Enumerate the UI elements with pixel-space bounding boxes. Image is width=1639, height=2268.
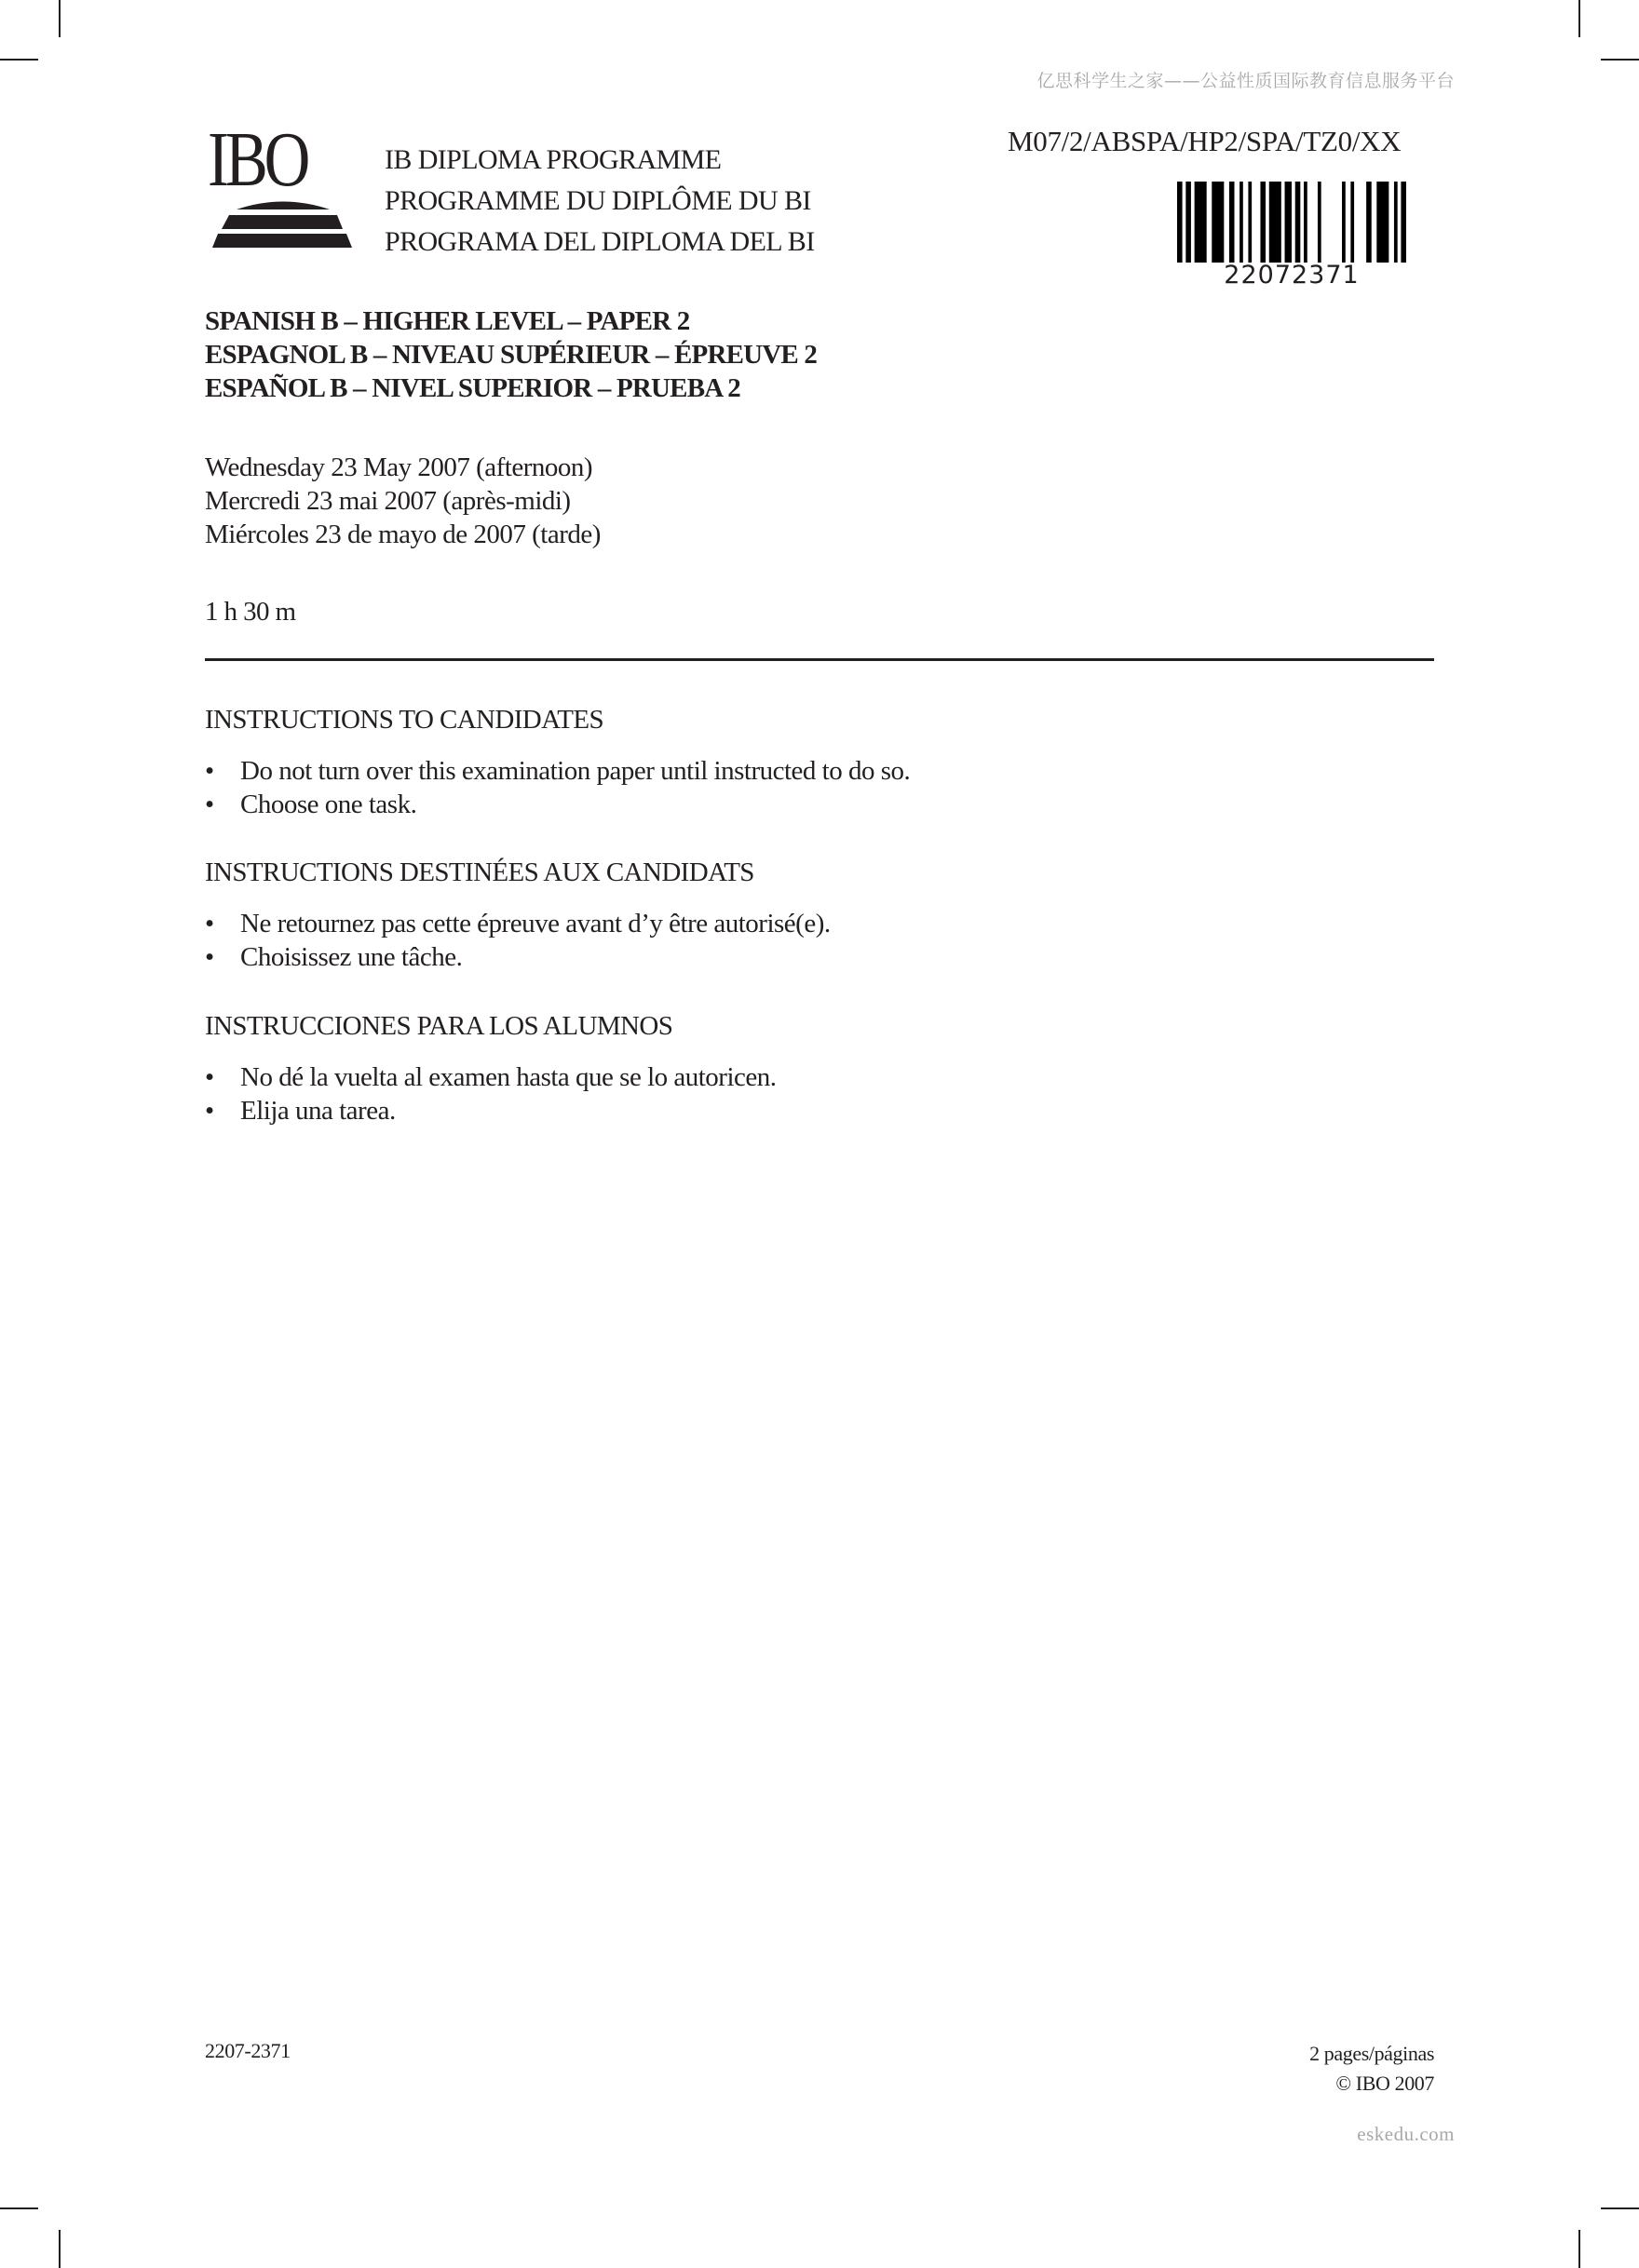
footer-pages: 2 pages/páginas: [1309, 2039, 1434, 2069]
divider-rule: [205, 658, 1434, 661]
programme-name-es: PROGRAMA DEL DIPLOMA DEL BI: [385, 222, 815, 263]
footer-info: 2 pages/páginas © IBO 2007: [1309, 2039, 1434, 2099]
programme-name-en: IB DIPLOMA PROGRAMME: [385, 140, 815, 181]
instruction-item: •Elija una tarea.: [205, 1094, 777, 1127]
footer-copyright: © IBO 2007: [1309, 2069, 1434, 2099]
bullet-icon: •: [205, 1094, 214, 1127]
instructions-heading: INSTRUCCIONES PARA LOS ALUMNOS: [205, 1010, 777, 1042]
instructions-fr: INSTRUCTIONS DESTINÉES AUX CANDIDATS •Ne…: [205, 857, 831, 974]
exam-date-es: Miércoles 23 de mayo de 2007 (tarde): [205, 518, 601, 551]
paper-code: M07/2/ABSPA/HP2/SPA/TZ0/XX: [1008, 125, 1401, 158]
footer-doc-number: 2207-2371: [205, 2039, 291, 2063]
barcode-icon: [1177, 182, 1406, 263]
watermark-top: 亿思科学生之家——公益性质国际教育信息服务平台: [1036, 67, 1455, 92]
exam-date-en: Wednesday 23 May 2007 (afternoon): [205, 451, 601, 484]
instructions-en: INSTRUCTIONS TO CANDIDATES •Do not turn …: [205, 704, 910, 821]
crop-mark-tr-horizontal: [1601, 59, 1639, 61]
crop-mark-tr-vertical: [1578, 0, 1580, 37]
crop-mark-tl-horizontal: [0, 59, 38, 61]
programme-name-fr: PROGRAMME DU DIPLÔME DU BI: [385, 181, 815, 222]
crop-mark-bl-vertical: [59, 2230, 61, 2268]
bullet-icon: •: [205, 1060, 214, 1094]
instruction-item: •Do not turn over this examination paper…: [205, 754, 910, 788]
crop-mark-tl-vertical: [59, 0, 61, 37]
exam-title-es: ESPAÑOL B – NIVEL SUPERIOR – PRUEBA 2: [205, 371, 817, 405]
programme-names: IB DIPLOMA PROGRAMME PROGRAMME DU DIPLÔM…: [385, 140, 815, 263]
instruction-item: •Choose one task.: [205, 788, 910, 821]
ibo-logo-text: IBO: [208, 121, 306, 199]
exam-title-fr: ESPAGNOL B – NIVEAU SUPÉRIEUR – ÉPREUVE …: [205, 338, 817, 371]
exam-titles: SPANISH B – HIGHER LEVEL – PAPER 2 ESPAG…: [205, 304, 817, 405]
crop-mark-br-vertical: [1578, 2230, 1580, 2268]
instruction-item: •Ne retournez pas cette épreuve avant d’…: [205, 907, 831, 940]
exam-title-en: SPANISH B – HIGHER LEVEL – PAPER 2: [205, 304, 817, 338]
bullet-icon: •: [205, 754, 214, 788]
instruction-item: •Choisissez une tâche.: [205, 940, 831, 974]
crop-mark-bl-horizontal: [0, 2207, 38, 2209]
barcode-number: 22072371: [1177, 261, 1406, 290]
bullet-icon: •: [205, 940, 214, 974]
exam-date-fr: Mercredi 23 mai 2007 (après-midi): [205, 484, 601, 518]
crop-mark-br-horizontal: [1601, 2207, 1639, 2209]
bullet-icon: •: [205, 788, 214, 821]
instructions-heading: INSTRUCTIONS DESTINÉES AUX CANDIDATS: [205, 857, 831, 888]
instructions-heading: INSTRUCTIONS TO CANDIDATES: [205, 704, 910, 736]
exam-duration: 1 h 30 m: [205, 597, 296, 628]
instruction-item: •No dé la vuelta al examen hasta que se …: [205, 1060, 777, 1094]
bullet-icon: •: [205, 907, 214, 940]
instructions-es: INSTRUCCIONES PARA LOS ALUMNOS •No dé la…: [205, 1010, 777, 1127]
exam-dates: Wednesday 23 May 2007 (afternoon) Mercre…: [205, 451, 601, 551]
watermark-bottom: eskedu.com: [1357, 2123, 1455, 2146]
